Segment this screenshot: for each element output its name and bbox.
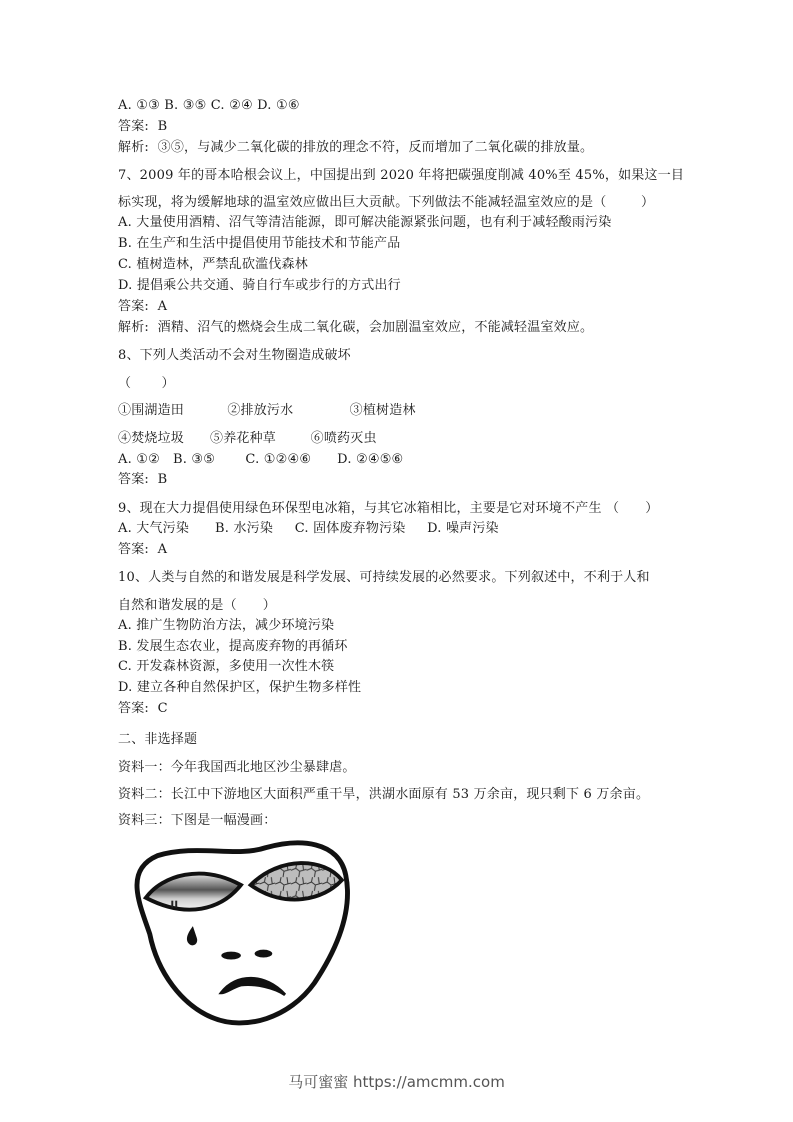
q7-analysis: 解析: 酒精、沼气的燃烧会生成二氧化碳，会加剧温室效应，不能减轻温室效应。	[118, 320, 593, 336]
q9-stem: 9、现在大力提倡使用绿色环保型电冰箱，与其它冰箱相比，主要是它对环境不产生 （ …	[118, 501, 658, 517]
q6-options: A. ①③ B. ③⑤ C. ②④ D. ①⑥	[118, 98, 300, 114]
q7-option-c: C. 植树造林，严禁乱砍滥伐森林	[118, 257, 308, 273]
material-1: 资料一：今年我国西北地区沙尘暴肆虐。	[118, 760, 356, 776]
q8-items-1: ①围湖造田 ②排放污水 ③植树造林	[118, 403, 416, 419]
q8-options: A. ①② B. ③⑤ C. ①②④⑥ D. ②④⑤⑥	[118, 452, 403, 468]
q6-analysis: 解析: ③⑤，与减少二氧化碳的排放的理念不符，反而增加了二氧化碳的排放量。	[118, 140, 593, 156]
q8-stem: 8、下列人类活动不会对生物圈造成破坏	[118, 348, 351, 364]
q10-stem-1: 10、人类与自然的和谐发展是科学发展、可持续发展的必然要求。下列叙述中，不利于人…	[118, 570, 650, 586]
q7-stem-1: 7、2009 年的哥本哈根会议上，中国提出到 2020 年将把碳强度削减 40%…	[118, 168, 684, 184]
q10-option-b: B. 发展生态农业，提高废弃物的再循环	[118, 639, 348, 655]
q7-answer: 答案: A	[118, 299, 167, 315]
q8-bracket: （ ）	[118, 376, 175, 392]
q7-option-d: D. 提倡乘公共交通、骑自行车或步行的方式出行	[118, 278, 401, 294]
q9-options: A. 大气污染 B. 水污染 C. 固体废弃物污染 D. 噪声污染	[118, 521, 499, 537]
q8-answer: 答案: B	[118, 472, 167, 488]
q6-answer: 答案: B	[118, 119, 167, 135]
cartoon-sad-face	[118, 836, 354, 1032]
q10-answer: 答案: C	[118, 701, 168, 717]
watermark-footer: 马可蜜蜜 https://amcmm.com	[0, 1071, 793, 1092]
q7-option-b: B. 在生产和生活中提倡使用节能技术和节能产品	[118, 236, 400, 252]
q8-items-2: ④焚烧垃圾 ⑤养花种草 ⑥喷药灭虫	[118, 431, 377, 447]
material-3: 资料三：下图是一幅漫画：	[118, 813, 276, 829]
q7-option-a: A. 大量使用酒精、沼气等清洁能源，即可解决能源紧张问题，也有利于减轻酸雨污染	[118, 215, 611, 231]
q9-answer: 答案: A	[118, 542, 167, 558]
q10-option-a: A. 推广生物防治方法，减少环境污染	[118, 618, 334, 634]
document-page: A. ①③ B. ③⑤ C. ②④ D. ①⑥答案: B解析: ③⑤，与减少二氧…	[0, 0, 793, 1122]
q10-option-c: C. 开发森林资源，多使用一次性木筷	[118, 659, 334, 675]
section-two-title: 二、非选择题	[118, 732, 197, 748]
q7-stem-2: 标实现，将为缓解地球的温室效应做出巨大贡献。下列做法不能减轻温室效应的是（ ）	[118, 195, 654, 211]
q10-option-d: D. 建立各种自然保护区，保护生物多样性	[118, 680, 361, 696]
q10-stem-2: 自然和谐发展的是（ ）	[118, 598, 276, 614]
material-2: 资料二：长江中下游地区大面积严重干旱，洪湖水面原有 53 万余亩，现只剩下 6 …	[118, 787, 649, 803]
